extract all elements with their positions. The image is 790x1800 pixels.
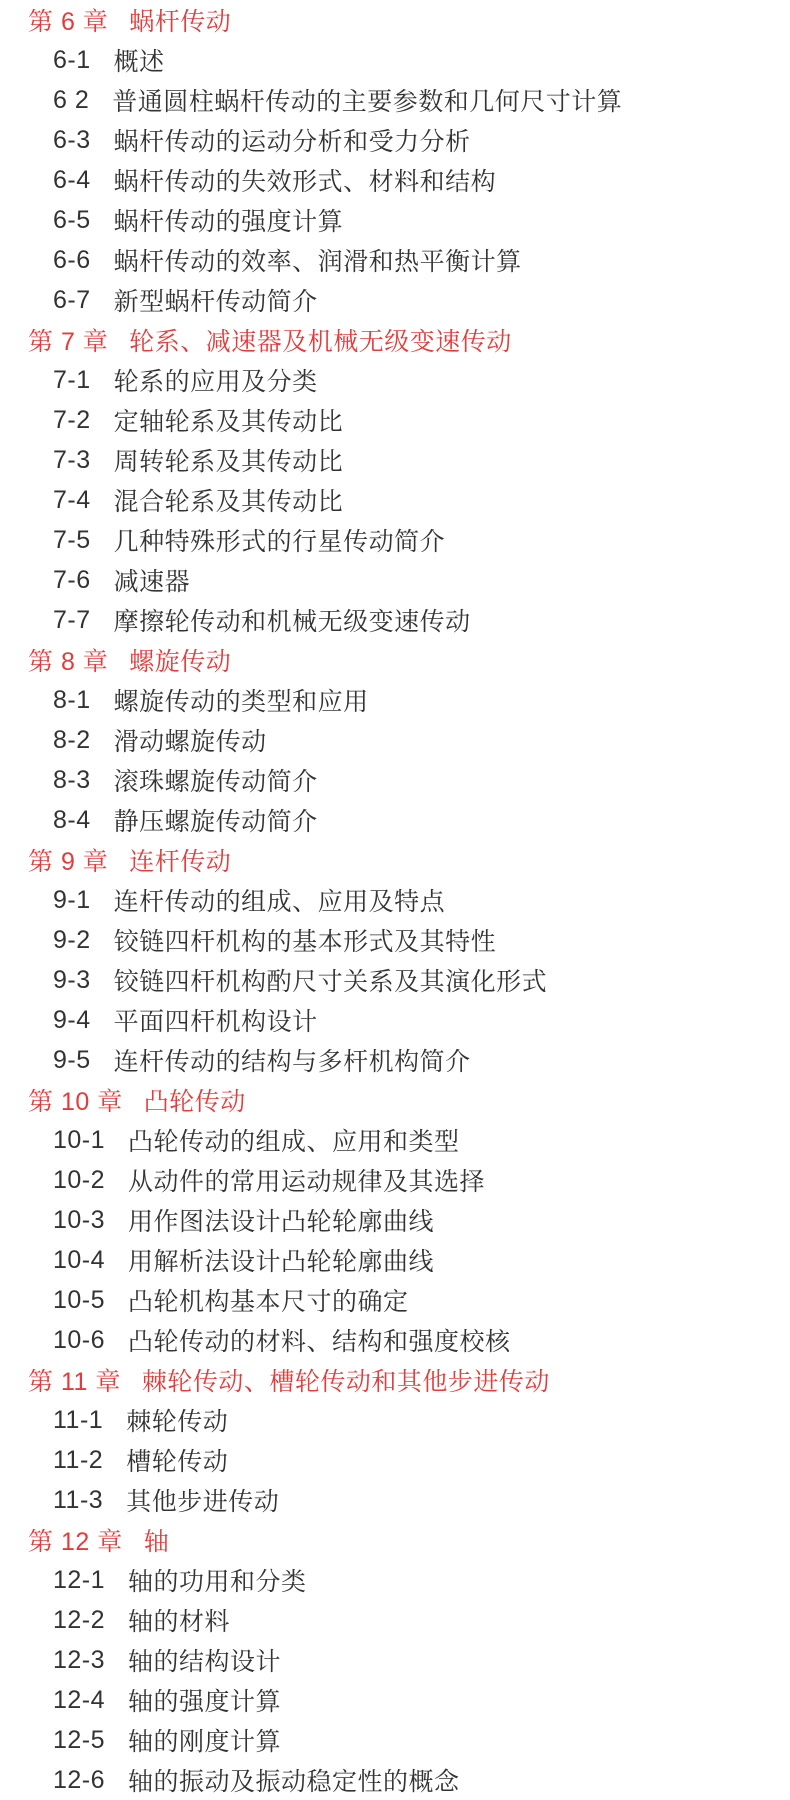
- section-number: 12-4: [53, 1686, 105, 1715]
- chapter-number: 第 12 章: [28, 1522, 123, 1558]
- toc-entry: 8-3滚珠螺旋传动简介: [0, 760, 790, 800]
- chapter-heading: 第 8 章螺旋传动: [0, 640, 790, 680]
- toc-entry: 6-4蜗杆传动的失效形式、材料和结构: [0, 160, 790, 200]
- section-number: 6-4: [53, 166, 91, 195]
- section-number: 11-1: [53, 1406, 103, 1435]
- section-title: 蜗杆传动的效率、润滑和热平衡计算: [114, 242, 522, 278]
- section-title: 周转轮系及其传动比: [114, 442, 344, 478]
- section-number: 10-6: [53, 1326, 105, 1355]
- section-number: 8-2: [53, 726, 91, 755]
- section-number: 6-1: [53, 46, 91, 75]
- toc-entry: 10-4用解析法设计凸轮轮廓曲线: [0, 1240, 790, 1280]
- toc-entry: 7-2定轴轮系及其传动比: [0, 400, 790, 440]
- toc-entry: 12-1轴的功用和分类: [0, 1560, 790, 1600]
- section-title: 棘轮传动: [126, 1402, 228, 1438]
- section-title: 轴的功用和分类: [128, 1562, 307, 1598]
- section-number: 10-2: [53, 1166, 105, 1195]
- section-number: 8-4: [53, 806, 91, 835]
- toc-entry: 10-3用作图法设计凸轮轮廓曲线: [0, 1200, 790, 1240]
- section-number: 12-5: [53, 1726, 105, 1755]
- section-title: 轴的强度计算: [128, 1682, 281, 1718]
- chapter-number: 第 10 章: [28, 1082, 123, 1118]
- section-title: 蜗杆传动的失效形式、材料和结构: [114, 162, 497, 198]
- section-title: 从动件的常用运动规律及其选择: [128, 1162, 485, 1198]
- section-number: 10-4: [53, 1246, 105, 1275]
- toc-entry: 8-1螺旋传动的类型和应用: [0, 680, 790, 720]
- toc-entry: 10-6凸轮传动的材料、结构和强度校核: [0, 1320, 790, 1360]
- section-number: 12-2: [53, 1606, 105, 1635]
- section-number: 7-2: [53, 406, 91, 435]
- section-title: 蜗杆传动的强度计算: [114, 202, 344, 238]
- chapter-heading: 第 11 章棘轮传动、槽轮传动和其他步进传动: [0, 1360, 790, 1400]
- section-title: 连杆传动的结构与多杆机构简介: [114, 1042, 471, 1078]
- chapter-title: 轴: [144, 1522, 170, 1558]
- toc-entry: 7-5几种特殊形式的行星传动简介: [0, 520, 790, 560]
- chapter-heading: 第 12 章轴: [0, 1520, 790, 1560]
- chapter-title: 凸轮传动: [144, 1082, 246, 1118]
- toc-entry: 11-1棘轮传动: [0, 1400, 790, 1440]
- section-title: 凸轮传动的材料、结构和强度校核: [128, 1322, 511, 1358]
- toc-entry: 7-1轮系的应用及分类: [0, 360, 790, 400]
- section-number: 10-1: [53, 1126, 105, 1155]
- toc-entry: 8-2滑动螺旋传动: [0, 720, 790, 760]
- section-number: 9-1: [53, 886, 91, 915]
- toc-entry: 10-1凸轮传动的组成、应用和类型: [0, 1120, 790, 1160]
- section-title: 凸轮传动的组成、应用和类型: [128, 1122, 460, 1158]
- chapter-title: 连杆传动: [129, 842, 231, 878]
- section-number: 7-5: [53, 526, 91, 555]
- section-number: 7-3: [53, 446, 91, 475]
- chapter-number: 第 8 章: [28, 642, 108, 678]
- section-number: 12-6: [53, 1766, 105, 1795]
- toc-entry: 11-3其他步进传动: [0, 1480, 790, 1520]
- toc-entry: 12-2轴的材料: [0, 1600, 790, 1640]
- section-number: 7-1: [53, 366, 91, 395]
- chapter-title: 棘轮传动、槽轮传动和其他步进传动: [142, 1362, 550, 1398]
- section-title: 用解析法设计凸轮轮廓曲线: [128, 1242, 434, 1278]
- chapter-number: 第 6 章: [28, 2, 108, 38]
- section-title: 静压螺旋传动简介: [114, 802, 318, 838]
- toc-entry: 6-1概述: [0, 40, 790, 80]
- section-title: 铰链四杆机构的基本形式及其特性: [114, 922, 497, 958]
- chapter-title: 螺旋传动: [129, 642, 231, 678]
- section-title: 用作图法设计凸轮轮廓曲线: [128, 1202, 434, 1238]
- toc-entry: 7-3周转轮系及其传动比: [0, 440, 790, 480]
- section-title: 其他步进传动: [126, 1482, 279, 1518]
- section-title: 新型蜗杆传动简介: [114, 282, 318, 318]
- section-title: 连杆传动的组成、应用及特点: [114, 882, 446, 918]
- toc-entry: 9-1连杆传动的组成、应用及特点: [0, 880, 790, 920]
- section-number: 9-4: [53, 1006, 91, 1035]
- section-title: 铰链四杆机构酌尺寸关系及其演化形式: [114, 962, 548, 998]
- toc-entry: 8-4静压螺旋传动简介: [0, 800, 790, 840]
- toc-entry: 12-4轴的强度计算: [0, 1680, 790, 1720]
- chapter-number: 第 11 章: [28, 1362, 121, 1398]
- section-number: 10-5: [53, 1286, 105, 1315]
- section-title: 凸轮机构基本尺寸的确定: [128, 1282, 409, 1318]
- section-number: 12-1: [53, 1566, 105, 1595]
- section-title: 轴的结构设计: [128, 1642, 281, 1678]
- section-number: 6-5: [53, 206, 91, 235]
- toc-entry: 10-5凸轮机构基本尺寸的确定: [0, 1280, 790, 1320]
- section-number: 9-3: [53, 966, 91, 995]
- chapter-title: 轮系、减速器及机械无级变速传动: [129, 322, 512, 358]
- section-number: 11-2: [53, 1446, 103, 1475]
- section-number: 8-3: [53, 766, 91, 795]
- chapter-heading: 第 10 章凸轮传动: [0, 1080, 790, 1120]
- toc-entry: 6-5蜗杆传动的强度计算: [0, 200, 790, 240]
- section-number: 10-3: [53, 1206, 105, 1235]
- section-title: 轮系的应用及分类: [114, 362, 318, 398]
- section-number: 7-7: [53, 606, 91, 635]
- toc-entry: 7-4混合轮系及其传动比: [0, 480, 790, 520]
- section-title: 混合轮系及其传动比: [114, 482, 344, 518]
- section-title: 轴的材料: [128, 1602, 230, 1638]
- toc-entry: 6-6蜗杆传动的效率、润滑和热平衡计算: [0, 240, 790, 280]
- toc-entry: 9-5连杆传动的结构与多杆机构简介: [0, 1040, 790, 1080]
- section-title: 摩擦轮传动和机械无级变速传动: [114, 602, 471, 638]
- toc-entry: 7-6减速器: [0, 560, 790, 600]
- toc-entry: 9-3铰链四杆机构酌尺寸关系及其演化形式: [0, 960, 790, 1000]
- section-title: 滑动螺旋传动: [114, 722, 267, 758]
- section-number: 6-6: [53, 246, 91, 275]
- section-number: 11-3: [53, 1486, 103, 1515]
- table-of-contents: 第 6 章蜗杆传动6-1概述6 2普通圆柱蜗杆传动的主要参数和几何尺寸计算6-3…: [0, 0, 790, 1800]
- section-title: 螺旋传动的类型和应用: [114, 682, 369, 718]
- section-title: 普通圆柱蜗杆传动的主要参数和几何尺寸计算: [112, 82, 622, 118]
- section-title: 蜗杆传动的运动分析和受力分析: [114, 122, 471, 158]
- section-number: 7-6: [53, 566, 91, 595]
- section-title: 平面四杆机构设计: [114, 1002, 318, 1038]
- toc-entry: 6-7新型蜗杆传动简介: [0, 280, 790, 320]
- toc-entry: 9-2铰链四杆机构的基本形式及其特性: [0, 920, 790, 960]
- toc-entry: 12-5轴的刚度计算: [0, 1720, 790, 1760]
- section-title: 轴的刚度计算: [128, 1722, 281, 1758]
- section-title: 轴的振动及振动稳定性的概念: [128, 1762, 460, 1798]
- chapter-number: 第 7 章: [28, 322, 108, 358]
- chapter-title: 蜗杆传动: [129, 2, 231, 38]
- section-title: 几种特殊形式的行星传动简介: [114, 522, 446, 558]
- section-number: 7-4: [53, 486, 91, 515]
- section-title: 滚珠螺旋传动简介: [114, 762, 318, 798]
- section-number: 6-7: [53, 286, 91, 315]
- chapter-heading: 第 9 章连杆传动: [0, 840, 790, 880]
- toc-entry: 12-3轴的结构设计: [0, 1640, 790, 1680]
- toc-entry: 7-7摩擦轮传动和机械无级变速传动: [0, 600, 790, 640]
- toc-entry: 9-4平面四杆机构设计: [0, 1000, 790, 1040]
- section-title: 概述: [114, 42, 165, 78]
- chapter-number: 第 9 章: [28, 842, 108, 878]
- chapter-heading: 第 7 章轮系、减速器及机械无级变速传动: [0, 320, 790, 360]
- toc-entry: 6-3蜗杆传动的运动分析和受力分析: [0, 120, 790, 160]
- section-title: 槽轮传动: [126, 1442, 228, 1478]
- section-number: 6 2: [53, 86, 89, 115]
- toc-entry: 6 2普通圆柱蜗杆传动的主要参数和几何尺寸计算: [0, 80, 790, 120]
- section-number: 12-3: [53, 1646, 105, 1675]
- section-number: 6-3: [53, 126, 91, 155]
- section-title: 定轴轮系及其传动比: [114, 402, 344, 438]
- section-number: 8-1: [53, 686, 91, 715]
- chapter-heading: 第 6 章蜗杆传动: [0, 0, 790, 40]
- toc-entry: 10-2从动件的常用运动规律及其选择: [0, 1160, 790, 1200]
- section-title: 减速器: [114, 562, 191, 598]
- toc-entry: 11-2槽轮传动: [0, 1440, 790, 1480]
- section-number: 9-2: [53, 926, 91, 955]
- toc-entry: 12-6轴的振动及振动稳定性的概念: [0, 1760, 790, 1800]
- section-number: 9-5: [53, 1046, 91, 1075]
